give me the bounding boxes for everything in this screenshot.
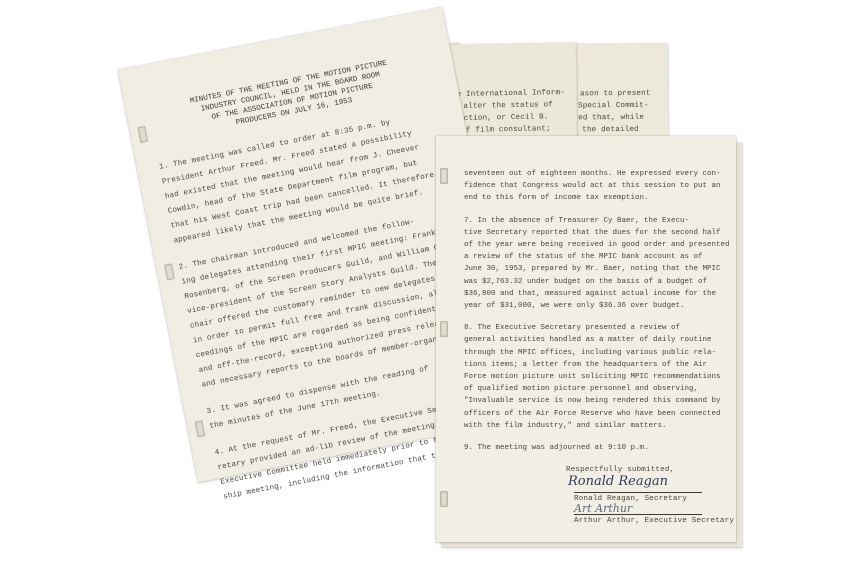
text-line: with the film industry," and similar mat… <box>464 420 724 432</box>
fragment: Special Commit- <box>578 102 649 111</box>
fragment: ason to present <box>580 90 651 99</box>
signature-reagan: Ronald Reagan <box>568 474 668 489</box>
text-line: end to this form of income tax exemption… <box>464 192 724 204</box>
text-line: 8. The Executive Secretary presented a r… <box>464 322 724 334</box>
text-line: was $2,763.32 under budget on the basis … <box>464 276 724 288</box>
punch-hole <box>137 126 148 143</box>
punch-hole <box>195 420 206 437</box>
signature-line <box>574 492 702 493</box>
fragment: section, or Cecil B. <box>454 113 548 123</box>
text-line: "Invaluable service is now being rendere… <box>464 395 724 407</box>
page2-body: seventeen out of eighteen months. He exp… <box>464 168 724 454</box>
punch-hole <box>164 263 175 280</box>
punch-hole <box>440 491 448 507</box>
text-line: 9. The meeting was adjourned at 9:10 p.m… <box>464 442 724 454</box>
fragment: y alter the status of <box>454 101 553 111</box>
fragment: ed that, while <box>578 114 644 123</box>
text-line: officers of the Air Force Reserve who ha… <box>464 408 724 420</box>
text-line: year of $31,000, we were only $36.36 ove… <box>464 300 724 312</box>
punch-hole <box>440 168 448 184</box>
photo-stage: ndation holas ing Past it make of th ion… <box>0 0 850 567</box>
text-line: of the year were being received in good … <box>464 239 724 251</box>
text-line: of qualified motion picture personnel an… <box>464 383 724 395</box>
text-line: through the MPIC offices, including vari… <box>464 347 724 359</box>
fragment: the detailed <box>582 126 639 134</box>
text-line: tions items; a letter from the headquart… <box>464 359 724 371</box>
text-line: general activities handled as a matter o… <box>464 334 724 346</box>
punch-hole <box>440 321 448 337</box>
signature-line <box>574 514 702 515</box>
minutes-page-2: seventeen out of eighteen months. He exp… <box>436 136 736 542</box>
text-line: 7. In the absence of Treasurer Cy Baer, … <box>464 215 724 227</box>
minutes-title: MINUTES OF THE MEETING OF THE MOTION PIC… <box>155 52 428 143</box>
text-line: June 30, 1953, prepared by Mr. Baer, not… <box>464 263 724 275</box>
text-line: tive Secretary reported that the dues fo… <box>464 227 724 239</box>
text-line: a review of the status of the MPIC bank … <box>464 251 724 263</box>
fragment: he International Inform- <box>452 89 565 99</box>
text-line: fidence that Congress would act at this … <box>464 180 724 192</box>
text-line: $36,800 and that, measured against actua… <box>464 288 724 300</box>
text-line: seventeen out of eighteen months. He exp… <box>464 168 724 180</box>
typed-name-executive-secretary: Arthur Arthur, Executive Secretary <box>574 517 734 525</box>
text-line: Force motion picture unit soliciting MPI… <box>464 371 724 383</box>
fragment: ief film consultant; <box>456 125 550 135</box>
closing-text: Respectfully submitted, <box>566 466 674 474</box>
